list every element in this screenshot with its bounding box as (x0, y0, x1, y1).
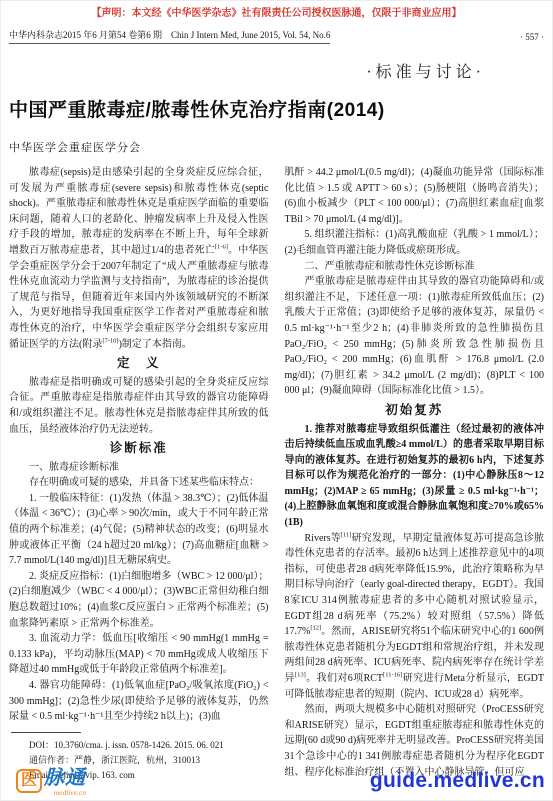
section-heading: 定 义 (9, 356, 269, 372)
paragraph: Rivers等[11]研究发现，早期定量液体复苏可提高急诊脓毒性休克患者的存活率… (285, 531, 545, 703)
reference-citation: [7-10] (102, 337, 118, 344)
doi-line: DOI：10.3760/cma. j. issn. 0578-1426. 201… (9, 738, 269, 753)
corresponding-author-line: 通信作者：严静，浙江医院，杭州，310013 (9, 753, 269, 768)
paragraph: 脓毒症(sepsis)是由感染引起的全身炎症反应综合征，可发展为严重脓毒症(se… (9, 165, 269, 352)
reference-citation: [12] (310, 625, 321, 632)
medlive-domain-caption: medlive.cn (54, 788, 86, 797)
paragraph: 3. 血流动力学：低血压[收缩压 < 90 mmHg(1 mmHg = 0.13… (9, 631, 269, 678)
section-heading: 诊断标准 (9, 441, 269, 457)
medlive-wordmark: 脉通 (44, 767, 86, 789)
guide-watermark: guide.medlive.cn (370, 769, 545, 793)
page-number: · 557 · (520, 32, 544, 44)
paragraph: 2. 炎症反应指标：(1)白细胞增多（WBC > 12 000/μl）；(2)白… (9, 569, 269, 631)
left-column-text: 脓毒症(sepsis)是由感染引起的全身炎症反应综合征，可发展为严重脓毒症(se… (9, 165, 269, 725)
paragraph: 脓毒症是指明确或可疑的感染引起的全身炎症反应综合征。严重脓毒症是指脓毒症伴由其导… (9, 375, 269, 437)
paragraph: 4. 器官功能障碍：(1)低氧血症[PaO₂/吸氧浓度(FiO₂) < 300 … (9, 678, 269, 725)
paragraph: 存在明确或可疑的感染，并具备下述某些临床特点： (9, 475, 269, 491)
reference-citation: [11-16] (383, 672, 402, 679)
right-column: 肌酐 > 44.2 μmol/L(0.5 mg/dl)；(4)凝血功能异常（国际… (285, 165, 545, 780)
section-label: ·标准与讨论· (0, 59, 485, 82)
medlive-wordmark-wrap: 脉通 medlive.cn (44, 767, 86, 797)
journal-header: 中华内科杂志2015 年6 月第54 卷第6 期 Chin J Intern M… (9, 28, 544, 44)
article-title: 中国严重脓毒症/脓毒性休克治疗指南(2014) (9, 95, 553, 122)
author-affiliation: 中华医学会重症医学分会 (9, 139, 553, 155)
medlive-logo: 医 脉通 medlive.cn (16, 767, 86, 797)
paragraph: 1. 一般临床特征：(1)发热（体温 > 38.3℃）；(2)低体温（体温 < … (9, 491, 269, 569)
paragraph: 肌酐 > 44.2 μmol/L(0.5 mg/dl)；(4)凝血功能异常（国际… (285, 165, 545, 227)
paragraph: 5. 组织灌注指标：(1)高乳酸血症（乳酸 > 1 mmol/L）；(2)毛细血… (285, 227, 545, 258)
license-disclaimer: 【声明：本文经《中华医学杂志》社有限责任公司授权医脉通，仅限于非商业应用】 (0, 0, 553, 19)
footnote-divider (11, 732, 81, 733)
subsection-title: 二、严重脓毒症和脓毒性休克诊断标准 (285, 259, 545, 275)
left-column: 脓毒症(sepsis)是由感染引起的全身炎症反应综合征，可发展为严重脓毒症(se… (9, 165, 269, 783)
journal-page: 【声明：本文经《中华医学杂志》社有限责任公司授权医脉通，仅限于非商业应用】 中华… (0, 0, 553, 783)
reference-citation: [11] (341, 531, 352, 538)
medlive-yi-icon: 医 (16, 769, 42, 793)
paragraph: 1. 推荐对脓毒症导致组织低灌注（经过最初的液体冲击后持续低血压或血乳酸≥4 m… (285, 422, 545, 531)
reference-citation: [1-6] (215, 244, 228, 251)
subsection-title: 一、脓毒症诊断标准 (9, 460, 269, 476)
journal-citation: 中华内科杂志2015 年6 月第54 卷第6 期 Chin J Intern M… (9, 28, 330, 44)
article-body: 脓毒症(sepsis)是由感染引起的全身炎症反应综合征，可发展为严重脓毒症(se… (9, 165, 544, 783)
section-heading: 初始复苏 (285, 403, 545, 419)
paragraph: 严重脓毒症是脓毒症伴由其导致的器官功能障碍和/或组织灌注不足，下述任意一项：(1… (285, 274, 545, 399)
reference-citation: [13] (295, 672, 306, 679)
